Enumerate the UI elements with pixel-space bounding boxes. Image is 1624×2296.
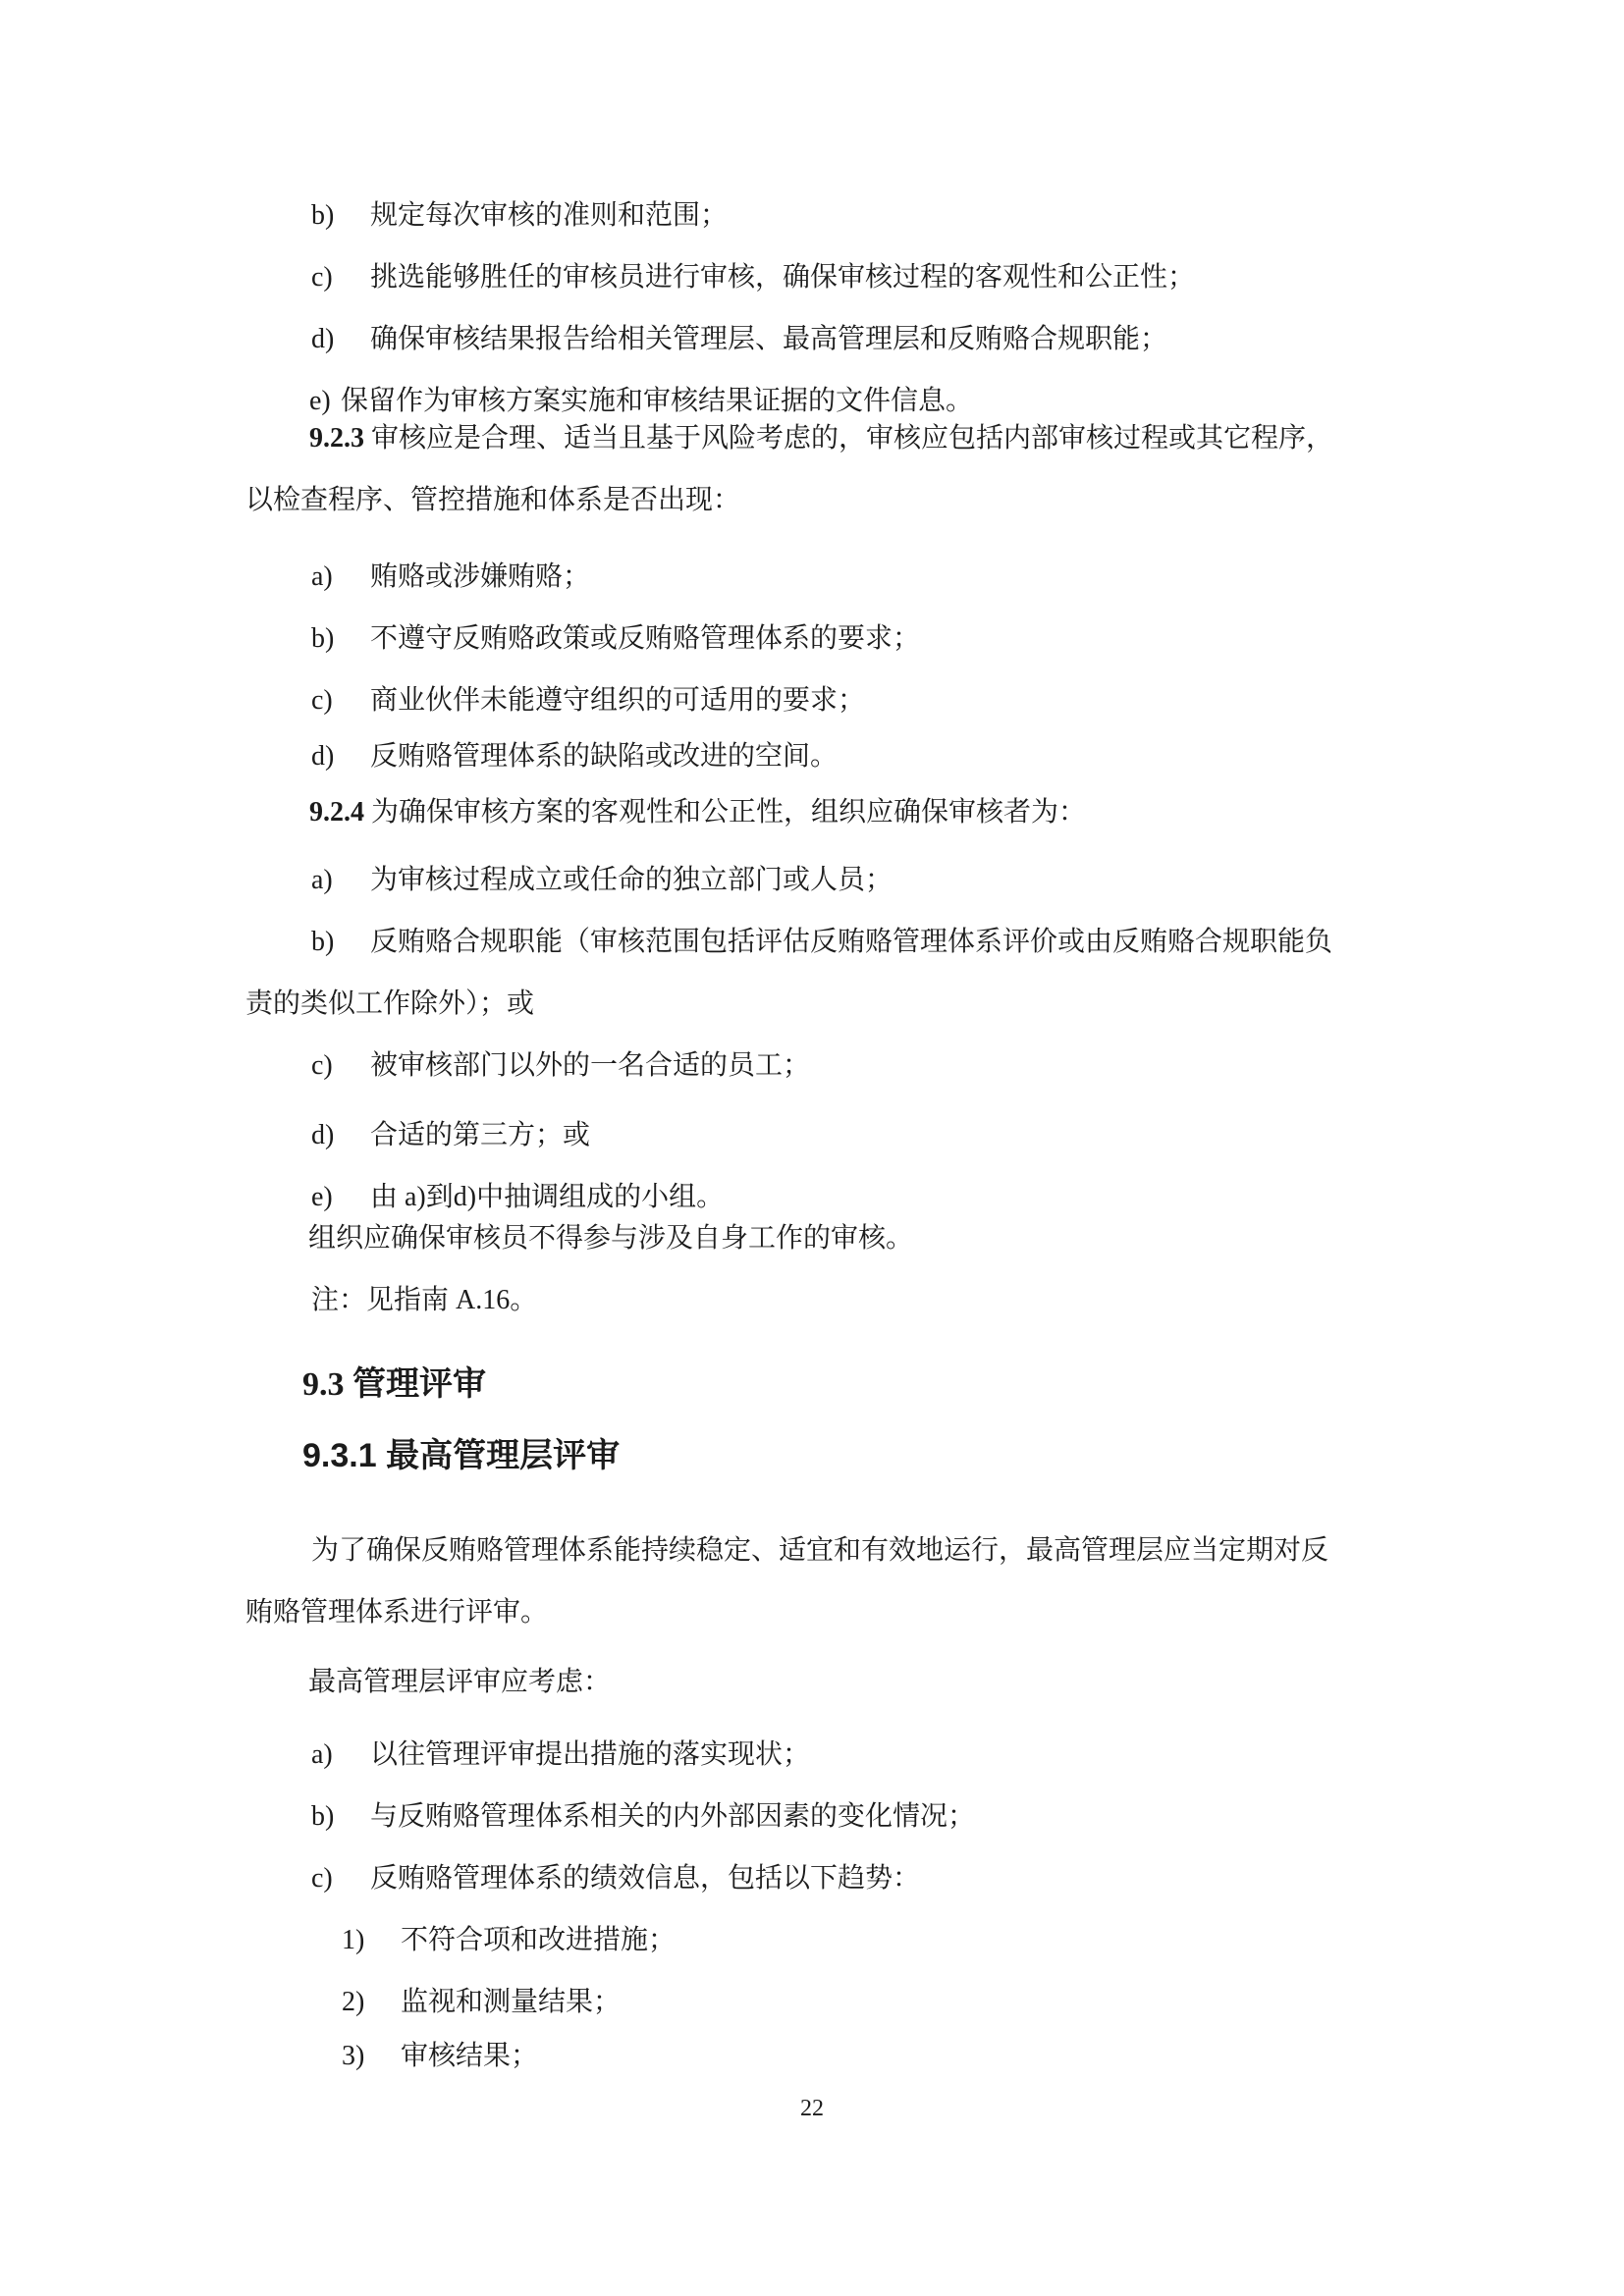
text-line: c)被审核部门以外的一名合适的员工； <box>245 1035 1404 1096</box>
text-line: 1)不符合项和改进措施； <box>245 1909 1404 1971</box>
list-item: c)商业伙伴未能遵守组织的可适用的要求； <box>245 669 1404 731</box>
text-line-continuation: 以检查程序、管控措施和体系是否出现： <box>245 469 1404 531</box>
list-item: b)与反贿赂管理体系相关的内外部因素的变化情况； <box>245 1786 1404 1847</box>
sub-list-item: 2)监视和测量结果； <box>245 1971 1404 2033</box>
list-item: c)被审核部门以外的一名合适的员工； <box>245 1035 1404 1096</box>
body-line: 组织应确保审核员不得参与涉及自身工作的审核。 <box>245 1207 1404 1269</box>
clause-number: 9.2.4 <box>309 797 364 828</box>
numbered-para: 9.2.4 为确保审核方案的客观性和公正性，组织应确保审核者为： <box>245 781 1404 843</box>
text-line-continuation: 责的类似工作除外）；或 <box>245 973 1404 1035</box>
text-line: b)反贿赂合规职能（审核范围包括评估反贿赂管理体系评价或由反贿赂合规职能负 <box>245 911 1404 973</box>
body-line: 最高管理层评审应考虑： <box>245 1651 1404 1713</box>
list-label: 3) <box>342 2025 401 2087</box>
list-label: a) <box>311 546 370 608</box>
list-item: b)不遵守反贿赂政策或反贿赂管理体系的要求； <box>245 608 1404 669</box>
text-line: d)反贿赂管理体系的缺陷或改进的空间。 <box>245 725 1404 787</box>
list-label: b) <box>311 185 370 246</box>
text-line: 组织应确保审核员不得参与涉及自身工作的审核。 <box>245 1207 1404 1269</box>
sub-list-item: 1)不符合项和改进措施； <box>245 1909 1404 1971</box>
text-line: 9.3.1 最高管理层评审 <box>245 1425 1404 1487</box>
list-item: a)为审核过程成立或任命的独立部门或人员； <box>245 849 1404 911</box>
text-line: 注：见指南 A.16。 <box>245 1269 1404 1331</box>
text-line: 最高管理层评审应考虑： <box>245 1651 1404 1713</box>
list-item: a)以往管理评审提出措施的落实现状； <box>245 1724 1404 1786</box>
heading3: 9.3.1 最高管理层评审 <box>245 1425 1404 1487</box>
list-label: 2) <box>342 1971 401 2033</box>
text-line: a)为审核过程成立或任命的独立部门或人员； <box>245 849 1404 911</box>
heading2: 9.3 管理评审 <box>245 1354 1404 1415</box>
list-label: 1) <box>342 1909 401 1971</box>
list-label: d) <box>311 308 370 370</box>
list-label: b) <box>311 608 370 669</box>
list-label: c) <box>311 1035 370 1096</box>
list-label: c) <box>311 1847 370 1909</box>
list-item: c)反贿赂管理体系的绩效信息，包括以下趋势： <box>245 1847 1404 1909</box>
text-line: 3)审核结果； <box>245 2025 1404 2087</box>
sub-list-item: 3)审核结果； <box>245 2025 1404 2087</box>
note: 注：见指南 A.16。 <box>245 1269 1404 1331</box>
list-label: c) <box>311 669 370 731</box>
list-item: a)贿赂或涉嫌贿赂； <box>245 546 1404 608</box>
text-line: a)贿赂或涉嫌贿赂； <box>245 546 1404 608</box>
text-line: b)不遵守反贿赂政策或反贿赂管理体系的要求； <box>245 608 1404 669</box>
text-line: b)与反贿赂管理体系相关的内外部因素的变化情况； <box>245 1786 1404 1847</box>
list-item: d)反贿赂管理体系的缺陷或改进的空间。 <box>245 725 1404 787</box>
list-item: c)挑选能够胜任的审核员进行审核，确保审核过程的客观性和公正性； <box>245 246 1404 308</box>
list-label: a) <box>311 1724 370 1786</box>
list-label: d) <box>311 1104 370 1166</box>
text-line: d)合适的第三方；或 <box>245 1104 1404 1166</box>
document-page: b)规定每次审核的准则和范围；c)挑选能够胜任的审核员进行审核，确保审核过程的客… <box>0 0 1624 2296</box>
numbered-para: 9.2.3 审核应是合理、适当且基于风险考虑的，审核应包括内部审核过程或其它程序… <box>245 407 1404 531</box>
text-line: 9.2.3 审核应是合理、适当且基于风险考虑的，审核应包括内部审核过程或其它程序… <box>245 407 1404 469</box>
text-line: b)规定每次审核的准则和范围； <box>245 185 1404 246</box>
text-line: a)以往管理评审提出措施的落实现状； <box>245 1724 1404 1786</box>
list-label: a) <box>311 849 370 911</box>
list-label: d) <box>311 725 370 787</box>
list-label: b) <box>311 1786 370 1847</box>
list-label: c) <box>311 246 370 308</box>
list-item: b)反贿赂合规职能（审核范围包括评估反贿赂管理体系评价或由反贿赂合规职能负责的类… <box>245 911 1404 1035</box>
document-content: b)规定每次审核的准则和范围；c)挑选能够胜任的审核员进行审核，确保审核过程的客… <box>245 185 1404 2087</box>
text-line: c)挑选能够胜任的审核员进行审核，确保审核过程的客观性和公正性； <box>245 246 1404 308</box>
clause-number: 9.2.3 <box>309 423 364 454</box>
text-line-continuation: 贿赂管理体系进行评审。 <box>245 1581 1404 1643</box>
list-item: d)合适的第三方；或 <box>245 1104 1404 1166</box>
list-item: b)规定每次审核的准则和范围； <box>245 185 1404 246</box>
text-line: 9.2.4 为确保审核方案的客观性和公正性，组织应确保审核者为： <box>245 781 1404 843</box>
text-line: c)商业伙伴未能遵守组织的可适用的要求； <box>245 669 1404 731</box>
page-number: 22 <box>0 2089 1624 2128</box>
text-line: 2)监视和测量结果； <box>245 1971 1404 2033</box>
text-line: 9.3 管理评审 <box>245 1354 1404 1415</box>
list-item: d)确保审核结果报告给相关管理层、最高管理层和反贿赂合规职能； <box>245 308 1404 370</box>
para: 为了确保反贿赂管理体系能持续稳定、适宜和有效地运行，最高管理层应当定期对反贿赂管… <box>245 1520 1404 1643</box>
text-line: c)反贿赂管理体系的绩效信息，包括以下趋势： <box>245 1847 1404 1909</box>
list-label: b) <box>311 911 370 973</box>
text-line: d)确保审核结果报告给相关管理层、最高管理层和反贿赂合规职能； <box>245 308 1404 370</box>
text-line: 为了确保反贿赂管理体系能持续稳定、适宜和有效地运行，最高管理层应当定期对反 <box>245 1520 1404 1581</box>
